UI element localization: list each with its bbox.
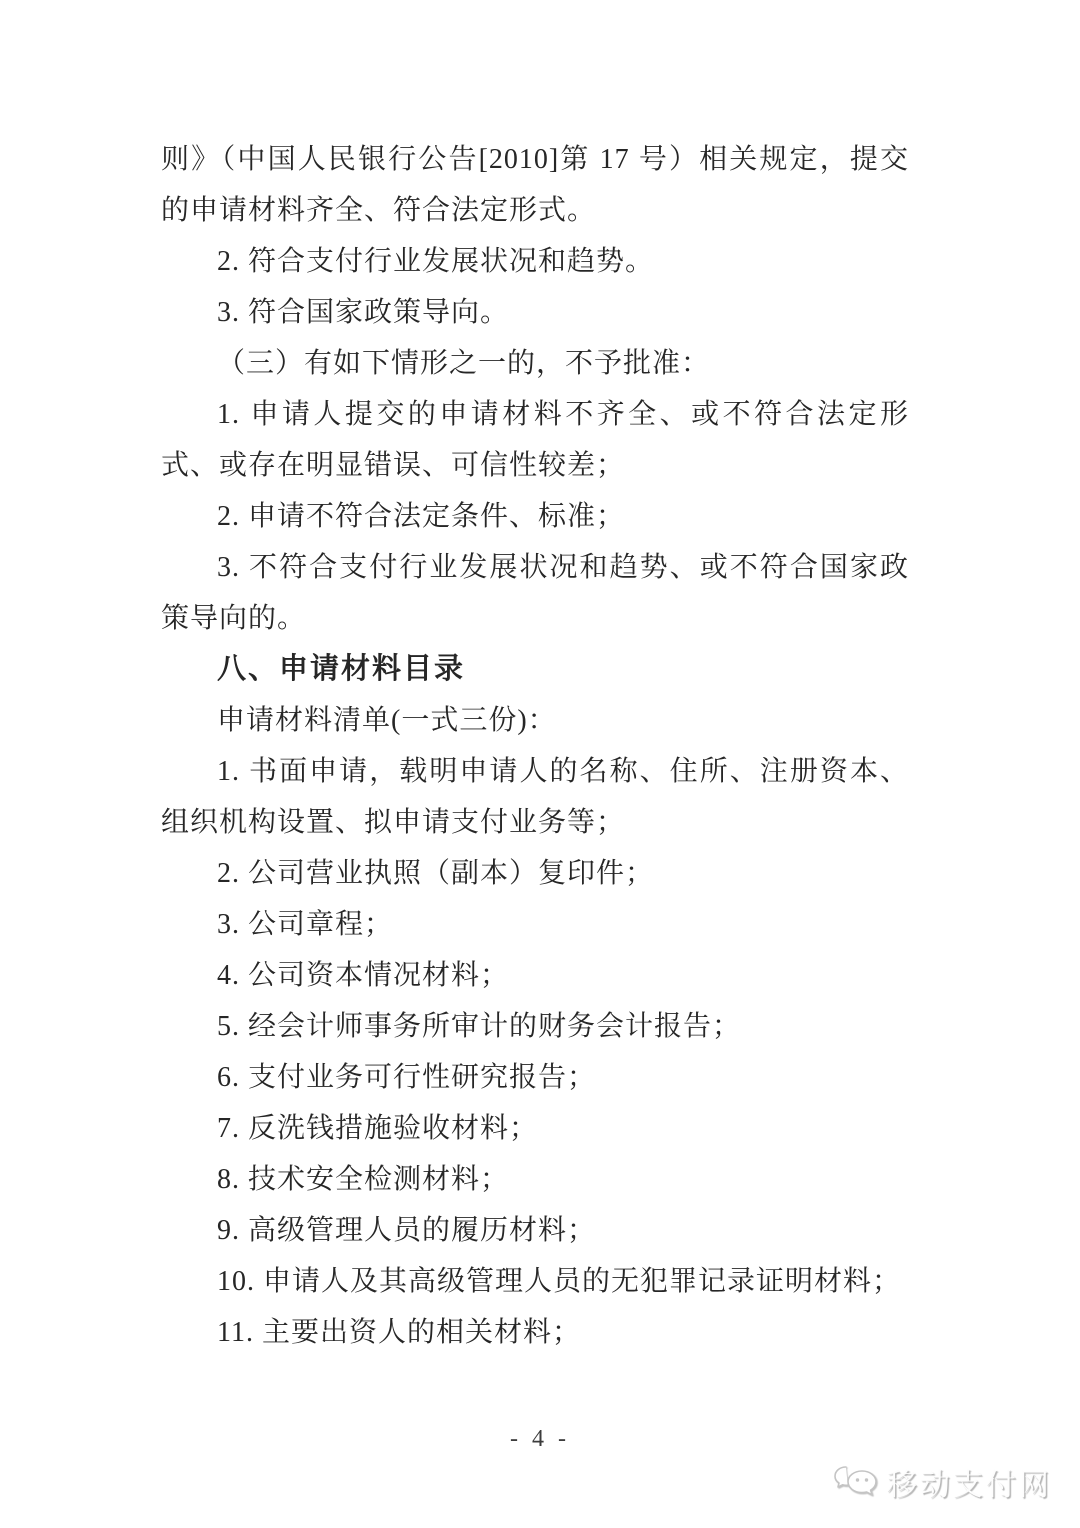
document-page: 则》（中国人民银行公告[2010]第 17 号）相关规定，提交的申请材料齐全、符… [0, 0, 1080, 1528]
document-body: 则》（中国人民银行公告[2010]第 17 号）相关规定，提交的申请材料齐全、符… [161, 134, 909, 1358]
numbered-item: 10. 申请人及其高级管理人员的无犯罪记录证明材料； [161, 1256, 909, 1307]
page-number: - 4 - [0, 1426, 1080, 1453]
numbered-item: 4. 公司资本情况材料； [161, 950, 909, 1001]
numbered-item: 2. 申请不符合法定条件、标准； [161, 491, 909, 542]
section-heading: 八、申请材料目录 [161, 644, 909, 695]
wechat-icon [833, 1462, 879, 1502]
numbered-item: 3. 不符合支付行业发展状况和趋势、或不符合国家政策导向的。 [161, 542, 909, 644]
numbered-item: 6. 支付业务可行性研究报告； [161, 1052, 909, 1103]
numbered-item: 2. 符合支付行业发展状况和趋势。 [161, 236, 909, 287]
numbered-item: 3. 符合国家政策导向。 [161, 287, 909, 338]
watermark: 移动支付网 [833, 1460, 1052, 1504]
numbered-item: 7. 反洗钱措施验收材料； [161, 1103, 909, 1154]
subsection-label: （三）有如下情形之一的，不予批准： [161, 338, 909, 389]
numbered-item: 11. 主要出资人的相关材料； [161, 1307, 909, 1358]
numbered-item: 8. 技术安全检测材料； [161, 1154, 909, 1205]
numbered-item: 1. 申请人提交的申请材料不齐全、或不符合法定形式、或存在明显错误、可信性较差； [161, 389, 909, 491]
numbered-item: 3. 公司章程； [161, 899, 909, 950]
numbered-item: 9. 高级管理人员的履历材料； [161, 1205, 909, 1256]
paragraph-continuation: 则》（中国人民银行公告[2010]第 17 号）相关规定，提交的申请材料齐全、符… [161, 134, 909, 236]
paragraph: 申请材料清单(一式三份)： [161, 695, 909, 746]
numbered-item: 1. 书面申请，载明申请人的名称、住所、注册资本、组织机构设置、拟申请支付业务等… [161, 746, 909, 848]
numbered-item: 2. 公司营业执照（副本）复印件； [161, 848, 909, 899]
numbered-item: 5. 经会计师事务所审计的财务会计报告； [161, 1001, 909, 1052]
watermark-label: 移动支付网 [887, 1460, 1052, 1504]
